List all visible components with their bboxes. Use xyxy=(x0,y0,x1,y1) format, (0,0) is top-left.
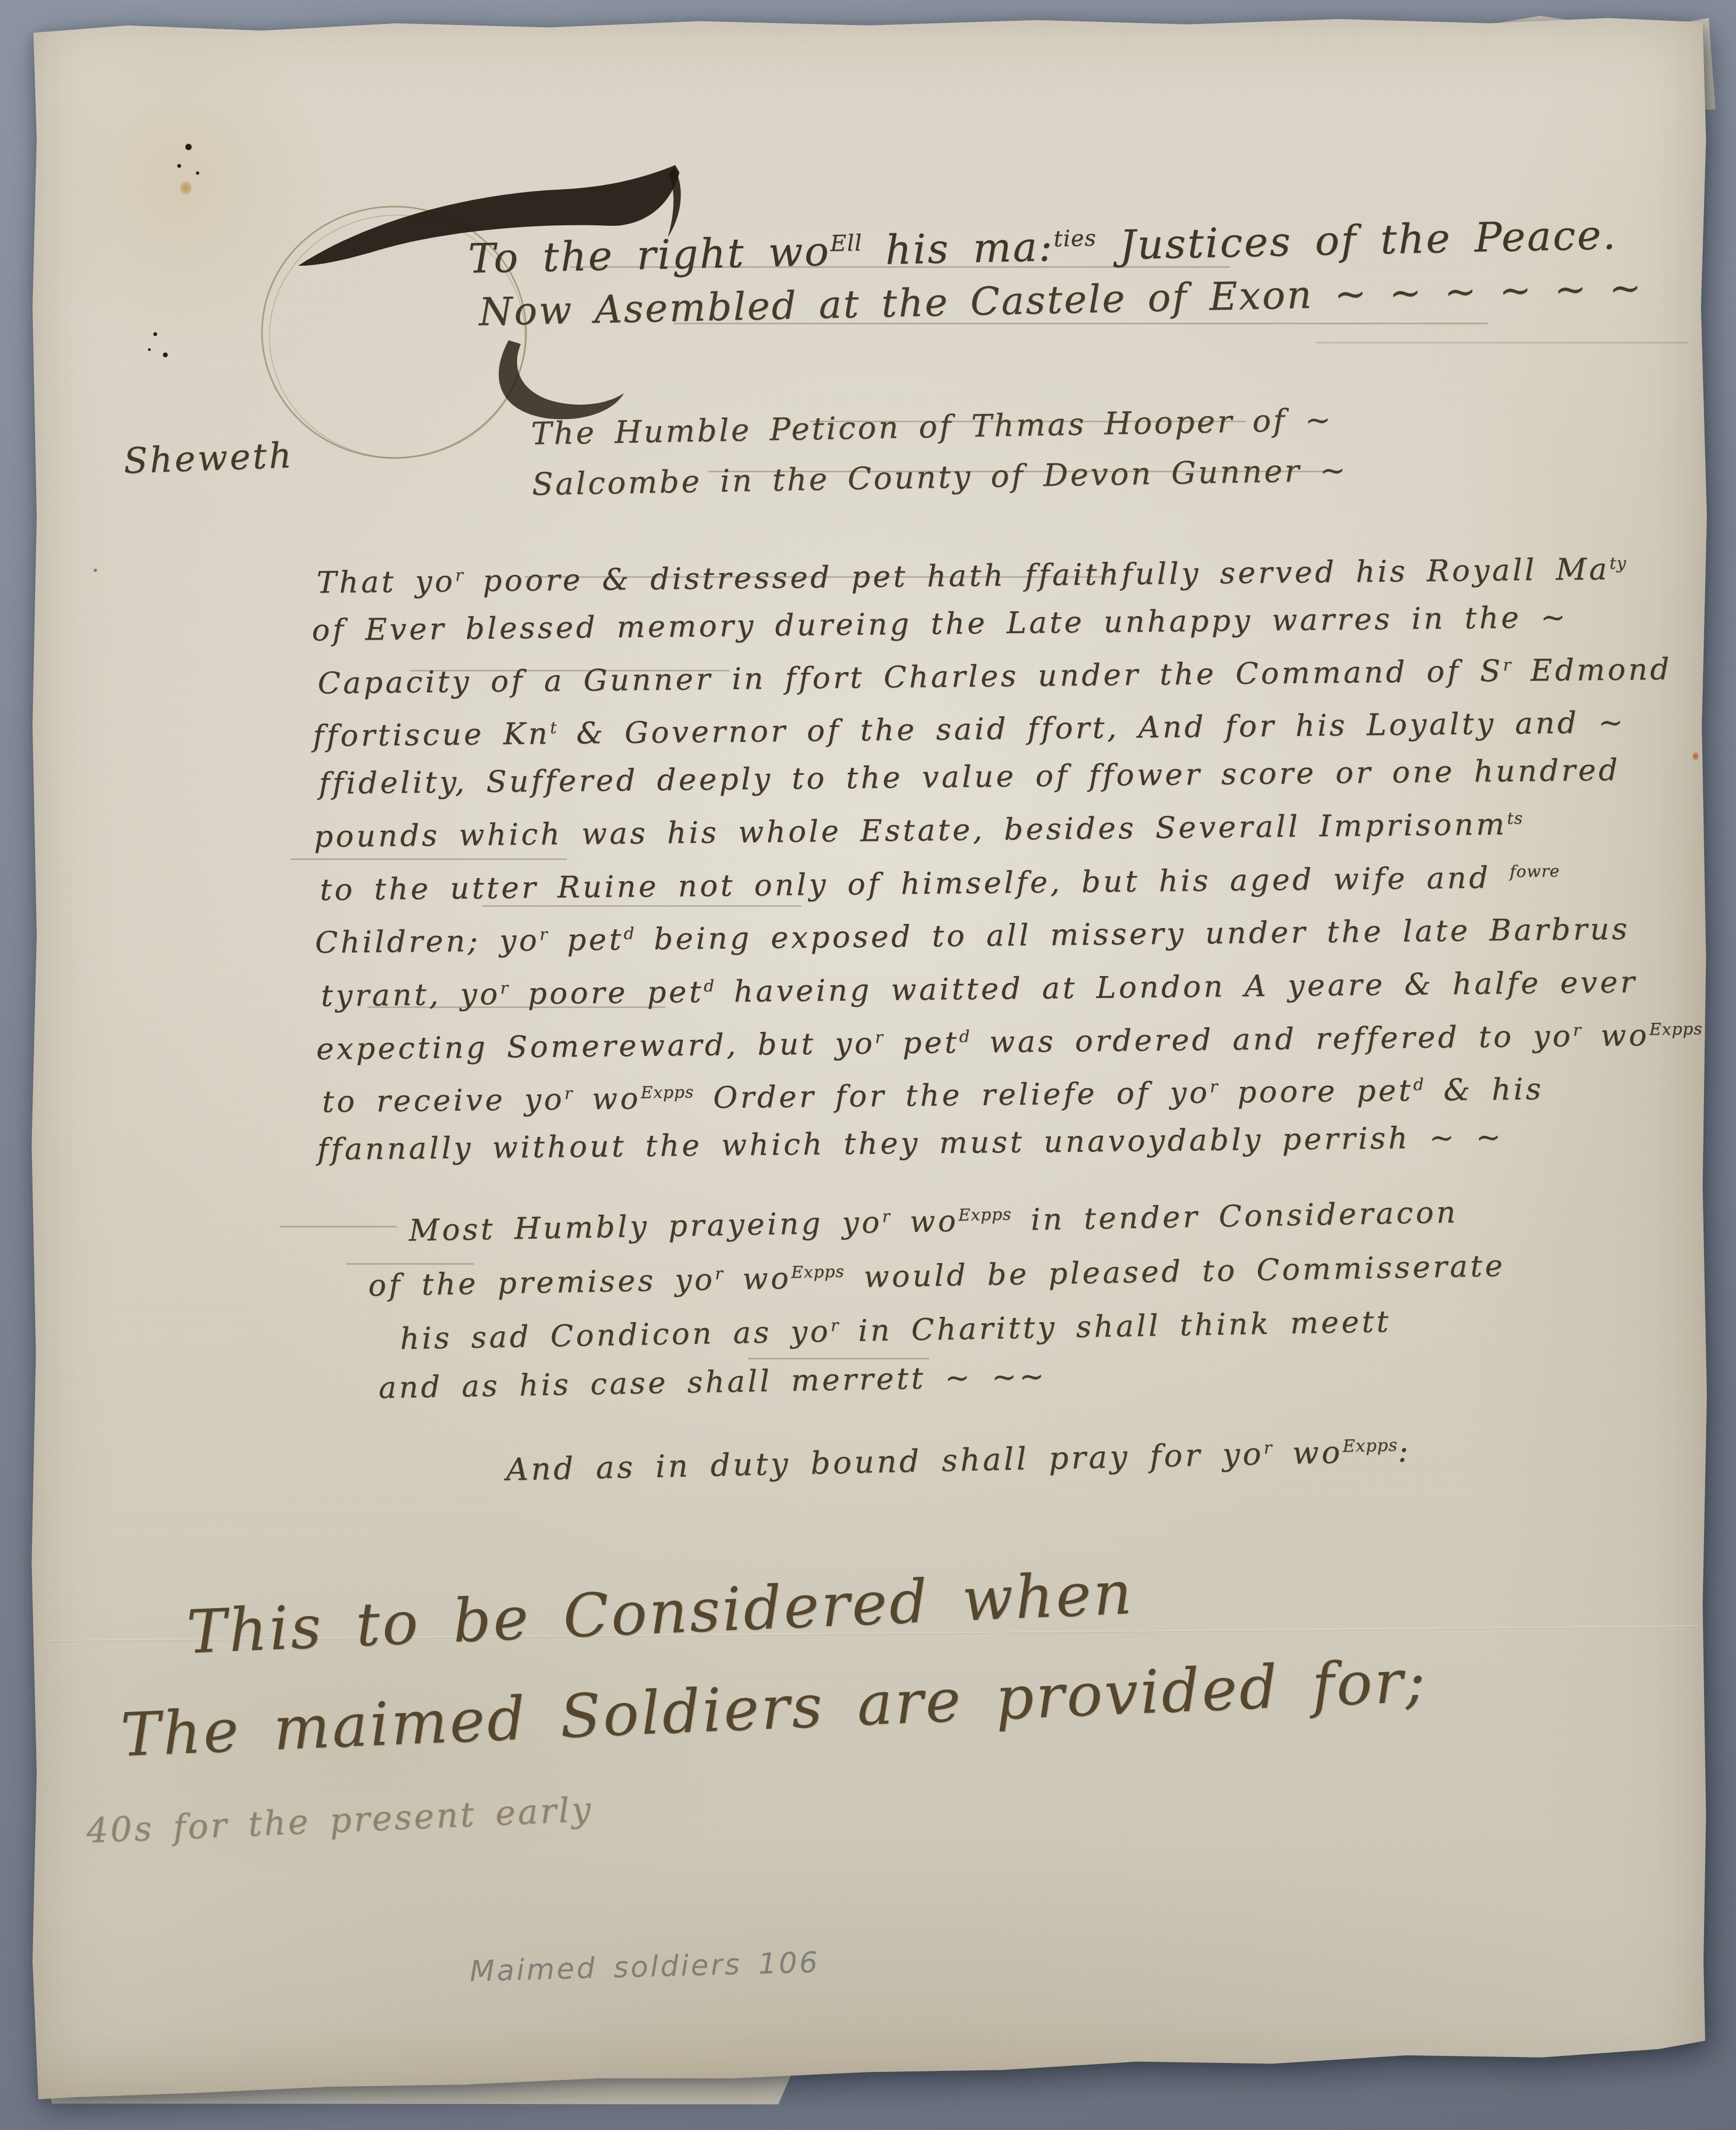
ink-speck xyxy=(196,171,199,175)
petition-document: To the right woEll his ma:ties Justices … xyxy=(27,14,1709,2108)
ink-speck xyxy=(148,348,151,351)
faded-ink-note: 40s for the present early xyxy=(86,1790,594,1851)
ink-speck xyxy=(163,353,168,357)
prayer-clause: Most Humbly prayeing yor woExpps in tend… xyxy=(367,1182,1508,1412)
closing-line: And as in duty bound shall pray for yor … xyxy=(505,1432,1411,1488)
endorsement: This to be Considered when The maimed So… xyxy=(114,1531,1429,1785)
amber-stain xyxy=(180,181,192,195)
ink-speck xyxy=(94,569,97,572)
pencil-archive-note: Maimed soldiers 106 xyxy=(469,1945,820,1988)
calligraphic-flourish xyxy=(218,157,708,572)
ink-speck xyxy=(177,164,181,168)
petition-subtitle: The Humble Peticon of Thmas Hooper of ~ … xyxy=(530,395,1348,510)
paper-sheet: To the right woEll his ma:ties Justices … xyxy=(27,14,1709,2108)
photo-background: To the right woEll his ma:ties Justices … xyxy=(0,0,1736,2130)
ink-rule xyxy=(1315,342,1688,343)
ink-speck xyxy=(185,144,192,150)
ink-speck xyxy=(153,332,157,336)
petition-body: That yor poore & distressed pet hath ffa… xyxy=(311,539,1704,1173)
margin-note-sheweth: Sheweth xyxy=(123,435,294,481)
